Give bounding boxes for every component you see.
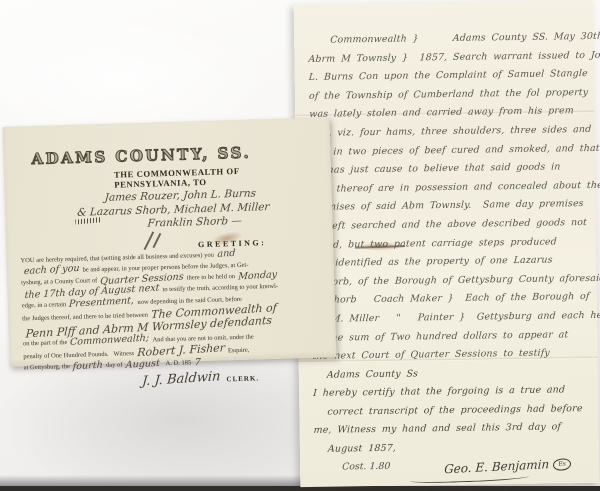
handwritten-fill: 7 (194, 358, 201, 368)
printed-text: to testify the truth, according to your … (162, 283, 278, 293)
handwritten-fill: Monday (238, 270, 277, 282)
handwritten-fill: and (217, 249, 235, 260)
justice-signature-text: Geo. E. Benjamin (444, 457, 550, 476)
printed-text: A. D. 185 (163, 360, 192, 368)
costs-notation: Cost. 1.80 (342, 460, 391, 472)
printed-text: day of (106, 362, 123, 369)
witness-names-block: James Rouzer, John L. Burns & Lazarus Sh… (19, 186, 319, 235)
subpoena-form-document: ADAMS COUNTY, SS. THE COMMONWEALTH OF PE… (3, 117, 337, 367)
signature-seal-flourish: Es (553, 457, 572, 470)
printed-text: Esquire, (228, 347, 250, 355)
signature-underline-flourish (409, 473, 529, 484)
printed-text: at Gettysburg, the (24, 363, 70, 371)
pen-stroke-marks (148, 230, 171, 253)
printed-text: there to be held on (187, 273, 236, 281)
clerk-label: CLERK. (226, 375, 259, 384)
handwritten-fill: fourth (73, 360, 104, 371)
printed-text: penalty of One Hundred Pounds. Witness (23, 350, 134, 360)
manuscript-footer: Cost. 1.80 Geo. E. Benjamin Es (314, 458, 589, 476)
clerk-signature: J. J. Baldwin (142, 370, 221, 390)
manuscript-line: August 1857, (327, 437, 589, 459)
justice-signature: Geo. E. Benjamin Es (444, 456, 572, 476)
printed-text: edge, in a certain (22, 301, 67, 309)
form-body: YOU are hereby required, that (setting a… (20, 246, 322, 374)
handwritten-fill: Robert J. Fisher (137, 343, 225, 359)
handwritten-fill: August (125, 359, 160, 371)
scratched-out-name (75, 217, 101, 225)
printed-text: tysburg, at a County Court of (21, 277, 97, 286)
manuscript-document: Commonwealth } Adams County SS. May 30th… (294, 0, 600, 487)
